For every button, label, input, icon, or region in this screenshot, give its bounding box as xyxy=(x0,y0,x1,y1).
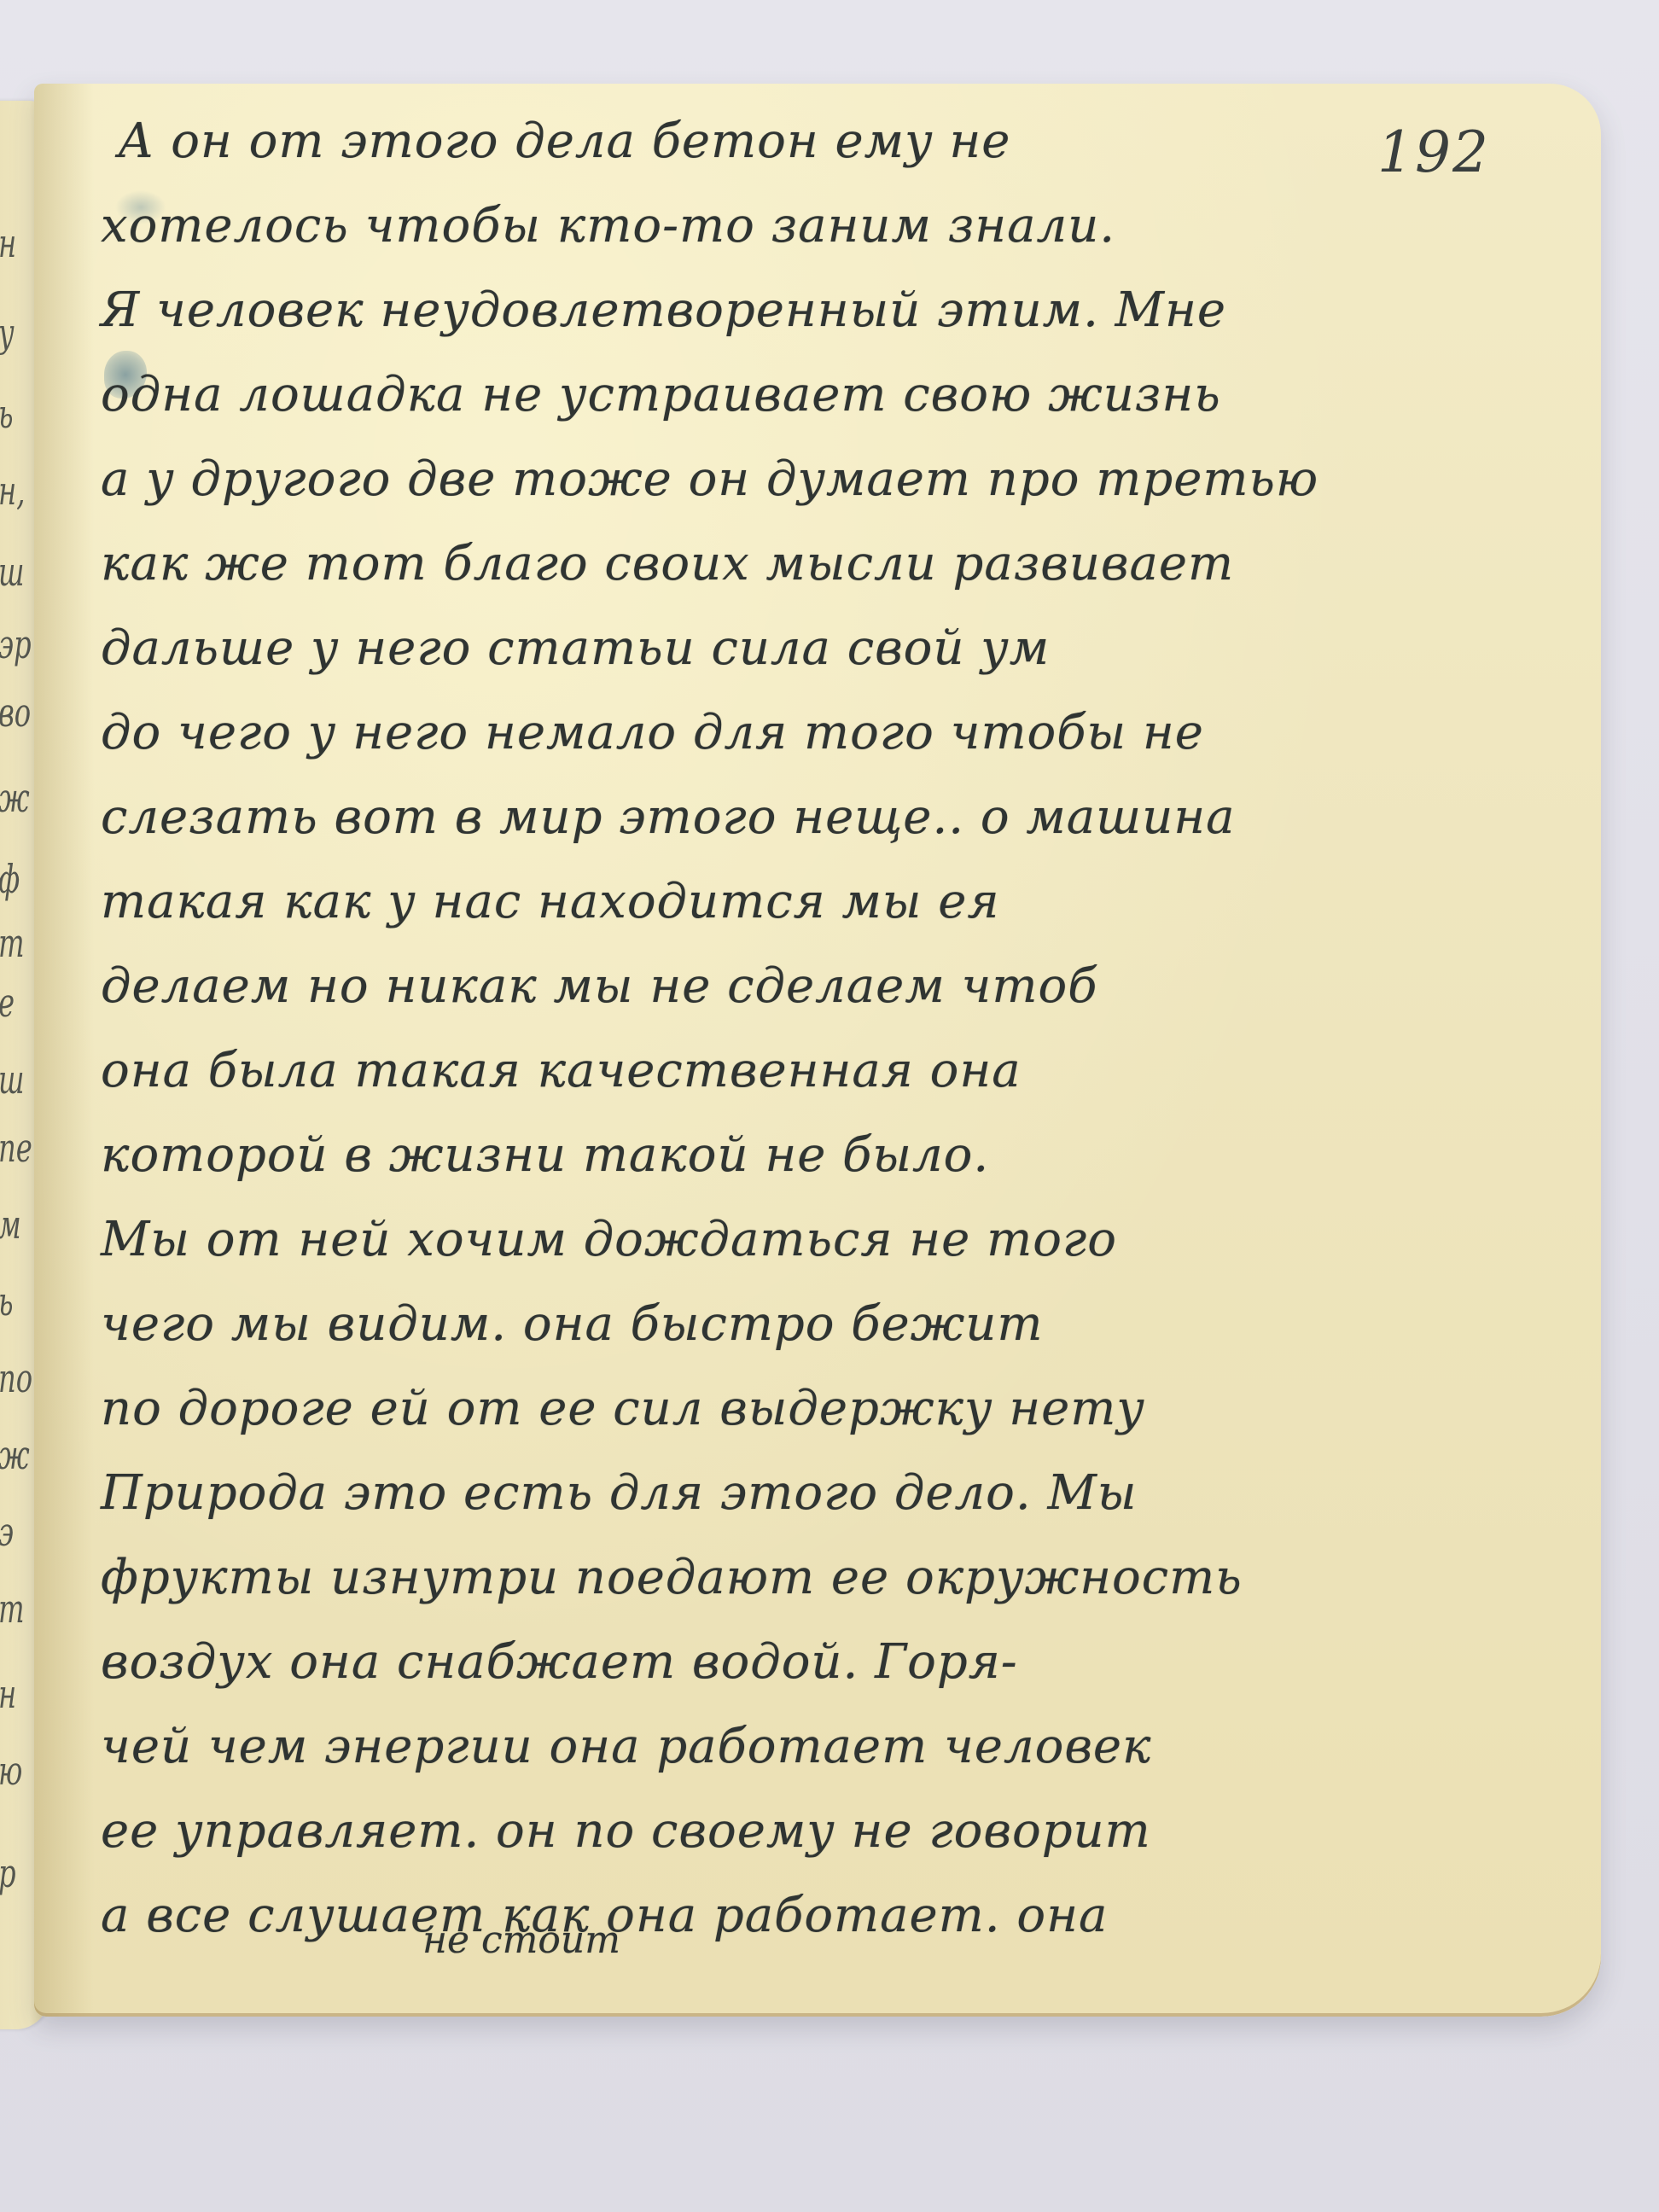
text-line: чей чем энергии она работает человек xyxy=(101,1704,1517,1789)
prev-page-fragment: т xyxy=(0,920,25,966)
text-line: ее управляет. он по своему не говорит xyxy=(101,1789,1517,1873)
text-line: фрукты изнутри поедают ее окружность xyxy=(101,1535,1517,1620)
prev-page-fragment: е xyxy=(0,980,15,1026)
prev-page-fragment: по xyxy=(0,1355,32,1401)
text-line: Мы от ней хочим дождаться не того xyxy=(101,1197,1517,1282)
prev-page-fragment: э xyxy=(0,1509,14,1555)
prev-page-fragment: ь xyxy=(0,1278,14,1324)
prev-page-fragment: ю xyxy=(0,1748,22,1794)
prev-page-fragment: н, xyxy=(0,468,25,514)
prev-page-fragment: во xyxy=(0,690,31,736)
text-line: одна лошадка не устраивает свою жизнь xyxy=(101,352,1517,437)
prev-page-fragment: ж xyxy=(0,1432,30,1478)
gutter-shadow xyxy=(34,84,94,2017)
prev-page-fragment: эр xyxy=(0,621,32,667)
prev-page-fragment: р xyxy=(0,1850,16,1896)
scanned-notebook: н у ь н, ш эр во ж ф т е ш пе м ь по ж э… xyxy=(0,0,1659,2212)
prev-page-fragment: пе xyxy=(0,1125,32,1171)
text-line: слезать вот в мир этого неще.. о машина xyxy=(101,775,1517,859)
text-line: А он от этого дела бетон ему не xyxy=(101,99,1517,183)
prev-page-fragment: ш xyxy=(0,549,25,595)
text-line: а у другого две тоже он думает про треть… xyxy=(101,437,1517,521)
prev-page-fragment: м xyxy=(0,1202,21,1248)
text-line: чего мы видим. она быстро бежит xyxy=(101,1282,1517,1366)
text-line: дальше у него статьи сила свой ум xyxy=(101,606,1517,690)
text-line: а все слушает как она работает. она xyxy=(101,1873,1517,1958)
text-line: воздух она снабжает водой. Горя- xyxy=(101,1620,1517,1704)
prev-page-fragment: н xyxy=(0,1671,16,1717)
handwritten-text-block: А он от этого дела бетон ему не хотелось… xyxy=(101,99,1517,1958)
prev-page-fragment: у xyxy=(0,310,15,356)
prev-page-fragment: ь xyxy=(0,391,14,437)
text-line: до чего у него немало для того чтобы не xyxy=(101,690,1517,775)
prev-page-fragment: т xyxy=(0,1586,25,1632)
text-line: Природа это есть для этого дело. Мы xyxy=(101,1451,1517,1535)
text-line: она была такая качественная она xyxy=(101,1028,1517,1113)
text-line: Я человек неудовлетворенный этим. Мне xyxy=(101,268,1517,352)
continuation-text: не стоит xyxy=(422,1918,620,1962)
text-line: как же тот благо своих мысли развивает xyxy=(101,521,1517,606)
notebook-page: 192 А он от этого дела бетон ему не хоте… xyxy=(34,84,1601,2017)
text-line: делаем но никак мы не сделаем чтоб xyxy=(101,944,1517,1028)
prev-page-fragment: ж xyxy=(0,775,30,821)
text-line: хотелось чтобы кто-то заним знали. xyxy=(101,183,1517,268)
text-line: по дороге ей от ее сил выдержку нету xyxy=(101,1366,1517,1451)
text-line: которой в жизни такой не было. xyxy=(101,1113,1517,1197)
prev-page-fragment: н xyxy=(0,220,16,266)
prev-page-fragment: ш xyxy=(0,1057,25,1103)
text-line: такая как у нас находится мы ея xyxy=(101,859,1517,944)
prev-page-fragment: ф xyxy=(0,856,20,902)
